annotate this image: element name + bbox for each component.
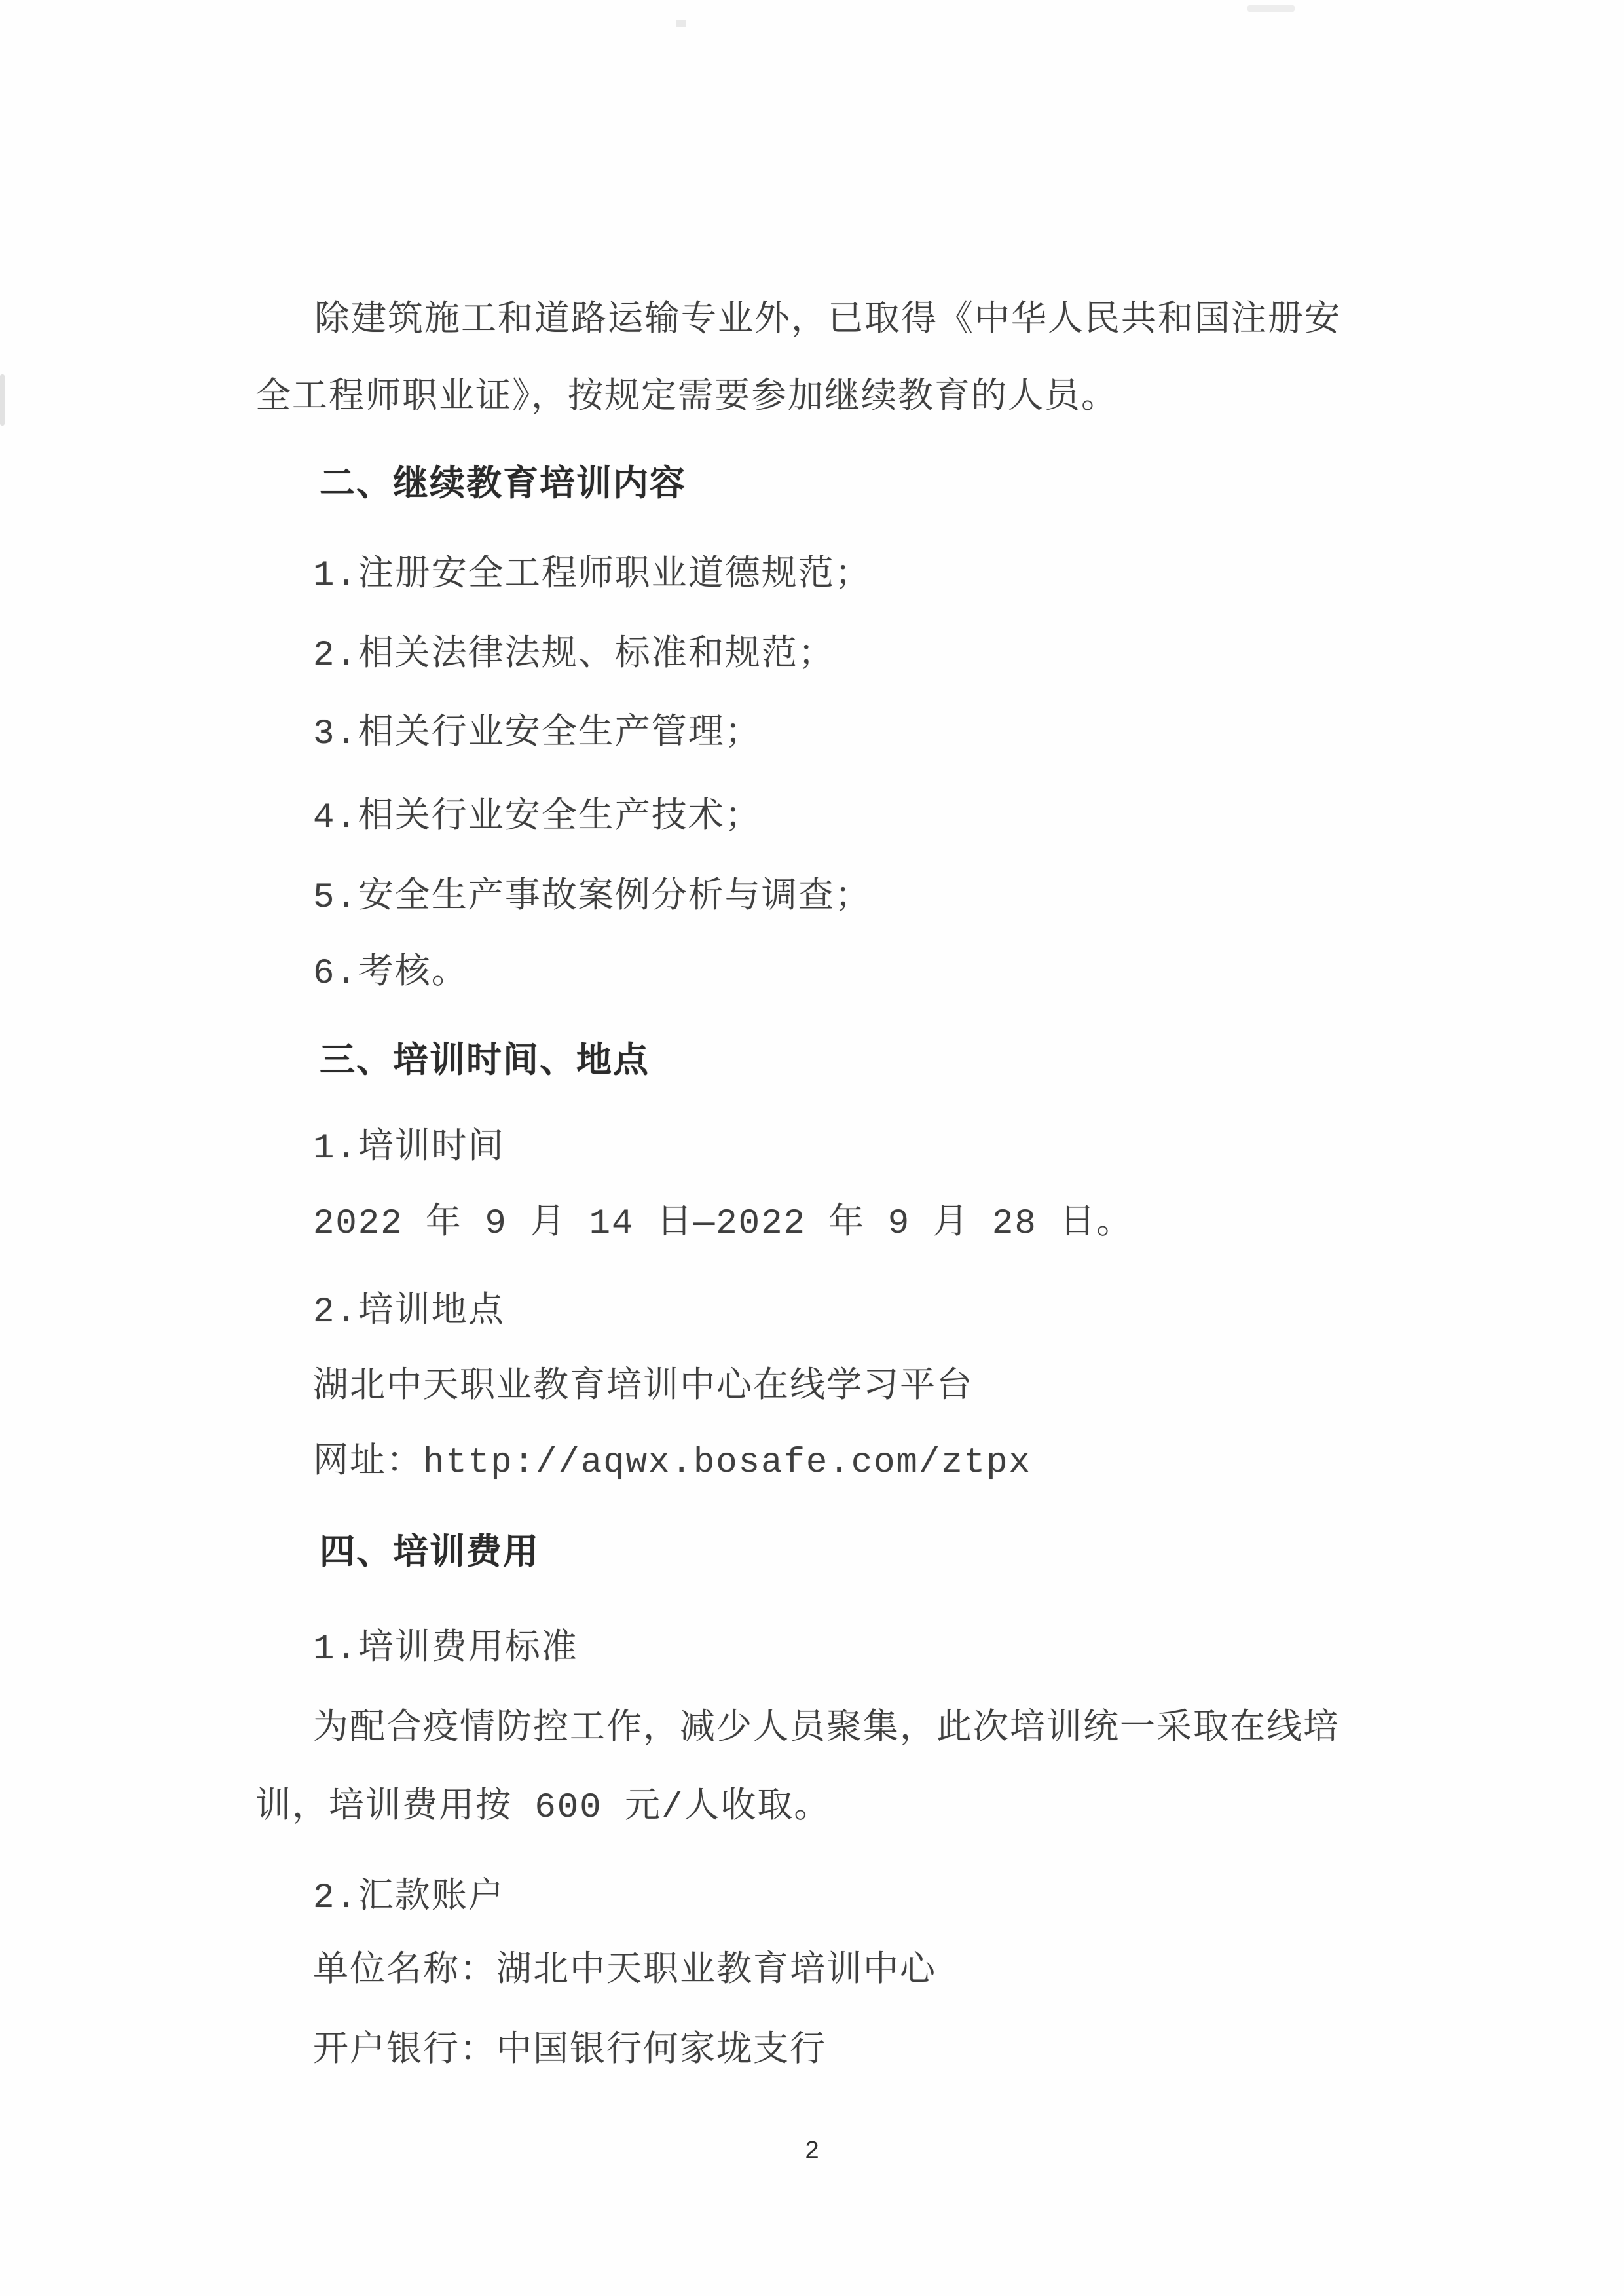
intro-line-1: 除建筑施工和道路运输专业外，已取得《中华人民共和国注册安 xyxy=(314,304,1341,339)
section2-item-6: 6.考核。 xyxy=(313,957,468,992)
page-number: 2 xyxy=(0,2140,1624,2164)
section4-account-name: 单位名称：湖北中天职业教育培训中心 xyxy=(313,1954,936,1990)
section4-fee-line-2: 训，培训费用按 600 元/人收取。 xyxy=(255,1791,830,1826)
section4-fee-line-1: 为配合疫情防控工作，减少人员聚集，此次培训统一采取在线培 xyxy=(313,1712,1340,1747)
section3-url-line: 网址：http://aqwx.bosafe.com/ztpx xyxy=(313,1446,1031,1481)
scan-artifact xyxy=(676,20,686,27)
section3-place-label: 2.培训地点 xyxy=(313,1295,505,1330)
section4-fee-label: 1.培训费用标准 xyxy=(313,1632,578,1667)
scan-artifact xyxy=(1247,5,1295,12)
section3-time-value: 2022 年 9 月 14 日—2022 年 9 月 28 日。 xyxy=(313,1207,1133,1242)
intro-line-2: 全工程师职业证》，按规定需要参加继续教育的人员。 xyxy=(255,381,1118,416)
section4-heading: 四、培训费用 xyxy=(320,1537,540,1573)
scan-artifact xyxy=(0,374,5,426)
section3-place-value: 湖北中天职业教育培训中心在线学习平台 xyxy=(313,1370,973,1406)
section3-time-label: 1.培训时间 xyxy=(313,1131,505,1167)
section4-account-label: 2.汇款账户 xyxy=(313,1881,505,1916)
section3-heading: 三、培训时间、地点 xyxy=(320,1046,650,1081)
section2-heading: 二、继续教育培训内容 xyxy=(320,469,686,504)
document-page: 除建筑施工和道路运输专业外，已取得《中华人民共和国注册安 全工程师职业证》，按规… xyxy=(0,0,1624,2296)
section4-account-bank: 开户银行：中国银行何家垅支行 xyxy=(313,2034,826,2069)
section2-item-2: 2.相关法律法规、标准和规范； xyxy=(313,638,835,674)
section2-item-3: 3.相关行业安全生产管理； xyxy=(313,717,762,752)
section2-item-4: 4.相关行业安全生产技术； xyxy=(313,801,762,836)
section2-item-5: 5.安全生产事故案例分析与调查； xyxy=(313,881,872,916)
section2-item-1: 1.注册安全工程师职业道德规范； xyxy=(313,558,872,594)
